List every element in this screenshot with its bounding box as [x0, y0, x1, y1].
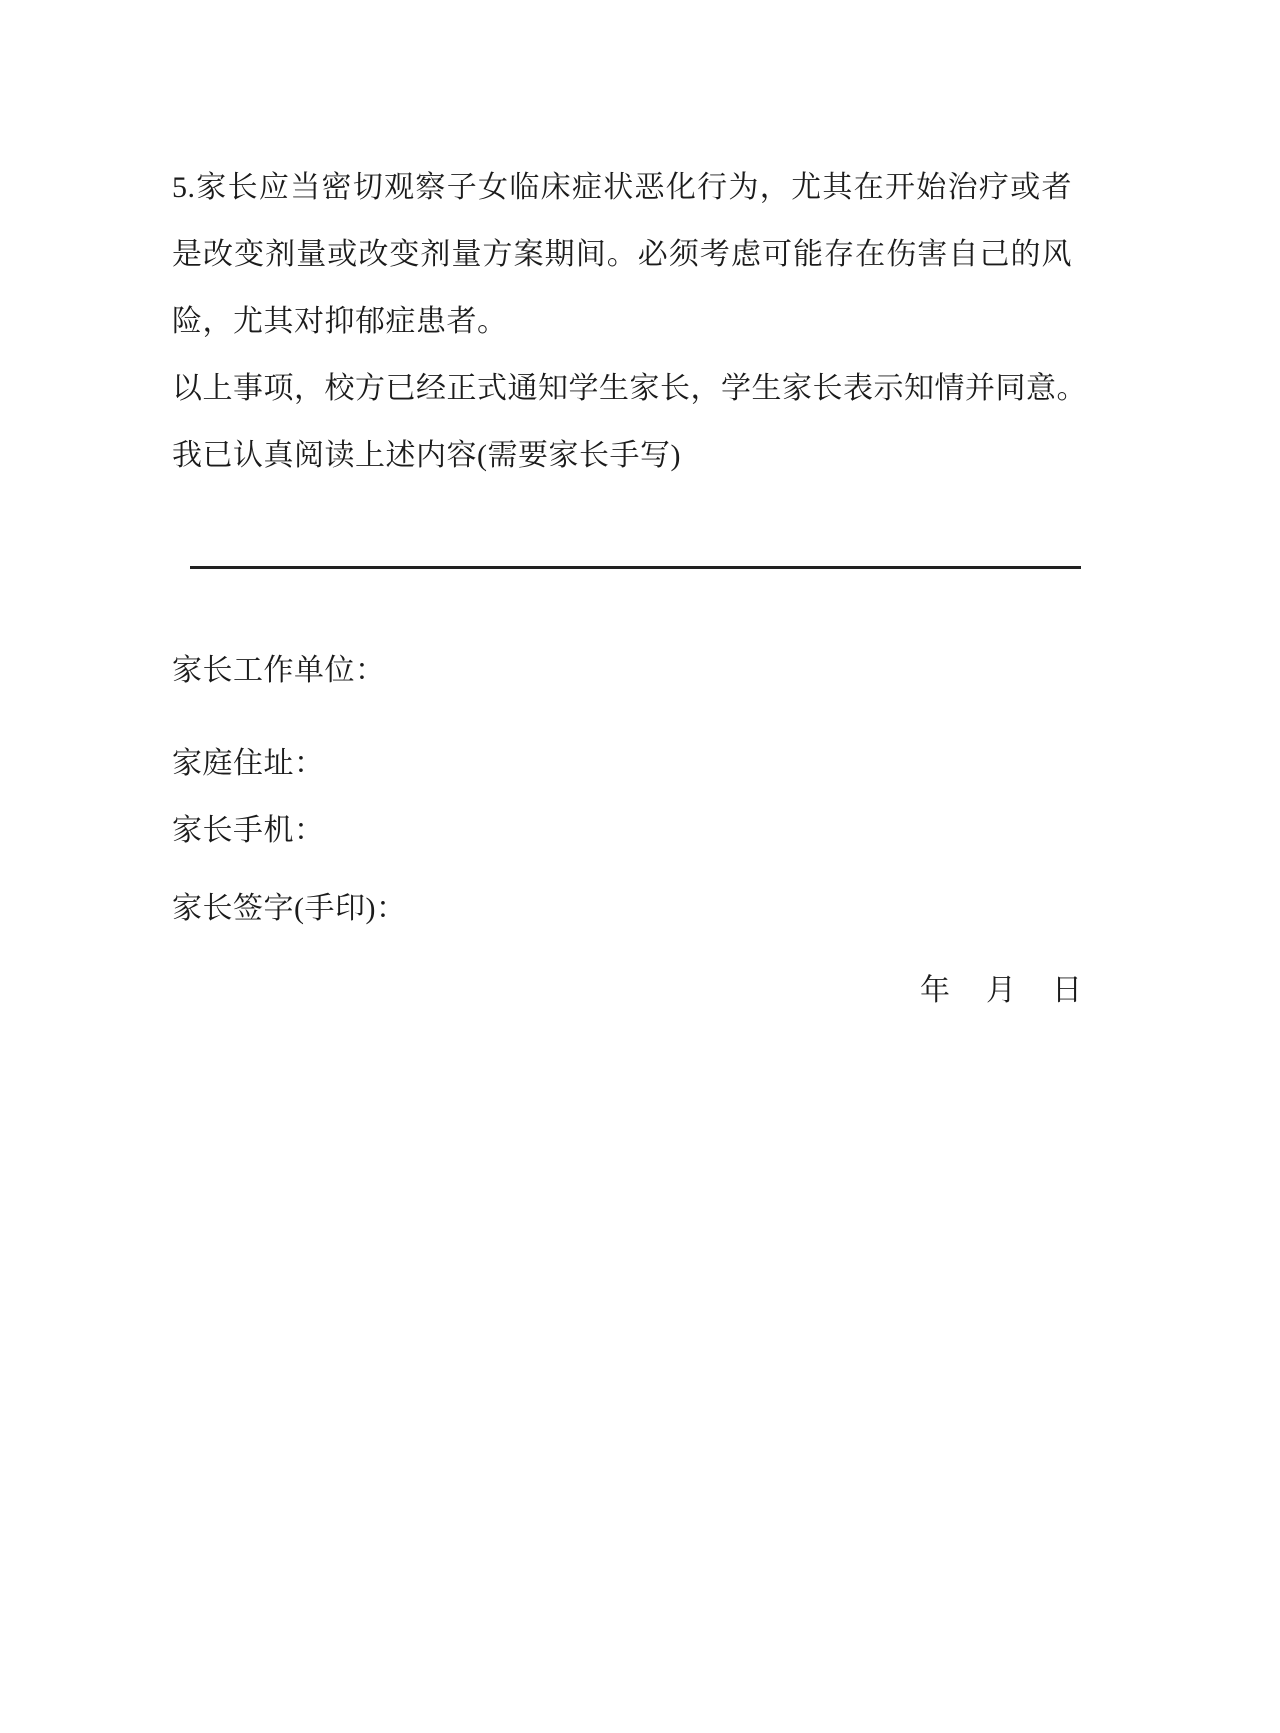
field-home-address: 家庭住址： — [172, 730, 325, 797]
date-line: 年 月 日 — [920, 957, 1082, 1024]
field-parent-signature-label: 家长签字(手印)： — [172, 892, 406, 925]
clause5-line-3: 险，尤其对抑郁症患者。 — [172, 288, 1072, 355]
field-parent-mobile-label: 家长手机： — [172, 814, 325, 847]
field-parent-workunit-label: 家长工作单位： — [172, 654, 386, 687]
date-month-label: 月 — [986, 957, 1016, 1024]
field-parent-signature: 家长签字(手印)： — [172, 875, 406, 942]
acknowledgement-line: 以上事项，校方已经正式通知学生家长，学生家长表示知情并同意。 — [172, 355, 1072, 422]
field-parent-workunit: 家长工作单位： — [172, 637, 386, 704]
field-home-address-label: 家庭住址： — [172, 747, 325, 780]
consent-text-block: 5.家长应当密切观察子女临床症状恶化行为，尤其在开始治疗或者 是改变剂量或改变剂… — [172, 154, 1072, 489]
field-parent-mobile: 家长手机： — [172, 797, 325, 864]
clause5-line-2: 是改变剂量或改变剂量方案期间。必须考虑可能存在伤害自己的风 — [172, 221, 1072, 288]
date-day-label: 日 — [1052, 957, 1082, 1024]
clause5-line-1: 5.家长应当密切观察子女临床症状恶化行为，尤其在开始治疗或者 — [172, 154, 1072, 221]
date-year-label: 年 — [920, 957, 950, 1024]
document-page: 5.家长应当密切观察子女临床症状恶化行为，尤其在开始治疗或者 是改变剂量或改变剂… — [0, 0, 1280, 1733]
signature-divider-rule — [190, 566, 1081, 569]
handwrite-note-line: 我已认真阅读上述内容(需要家长手写) — [172, 422, 1072, 489]
